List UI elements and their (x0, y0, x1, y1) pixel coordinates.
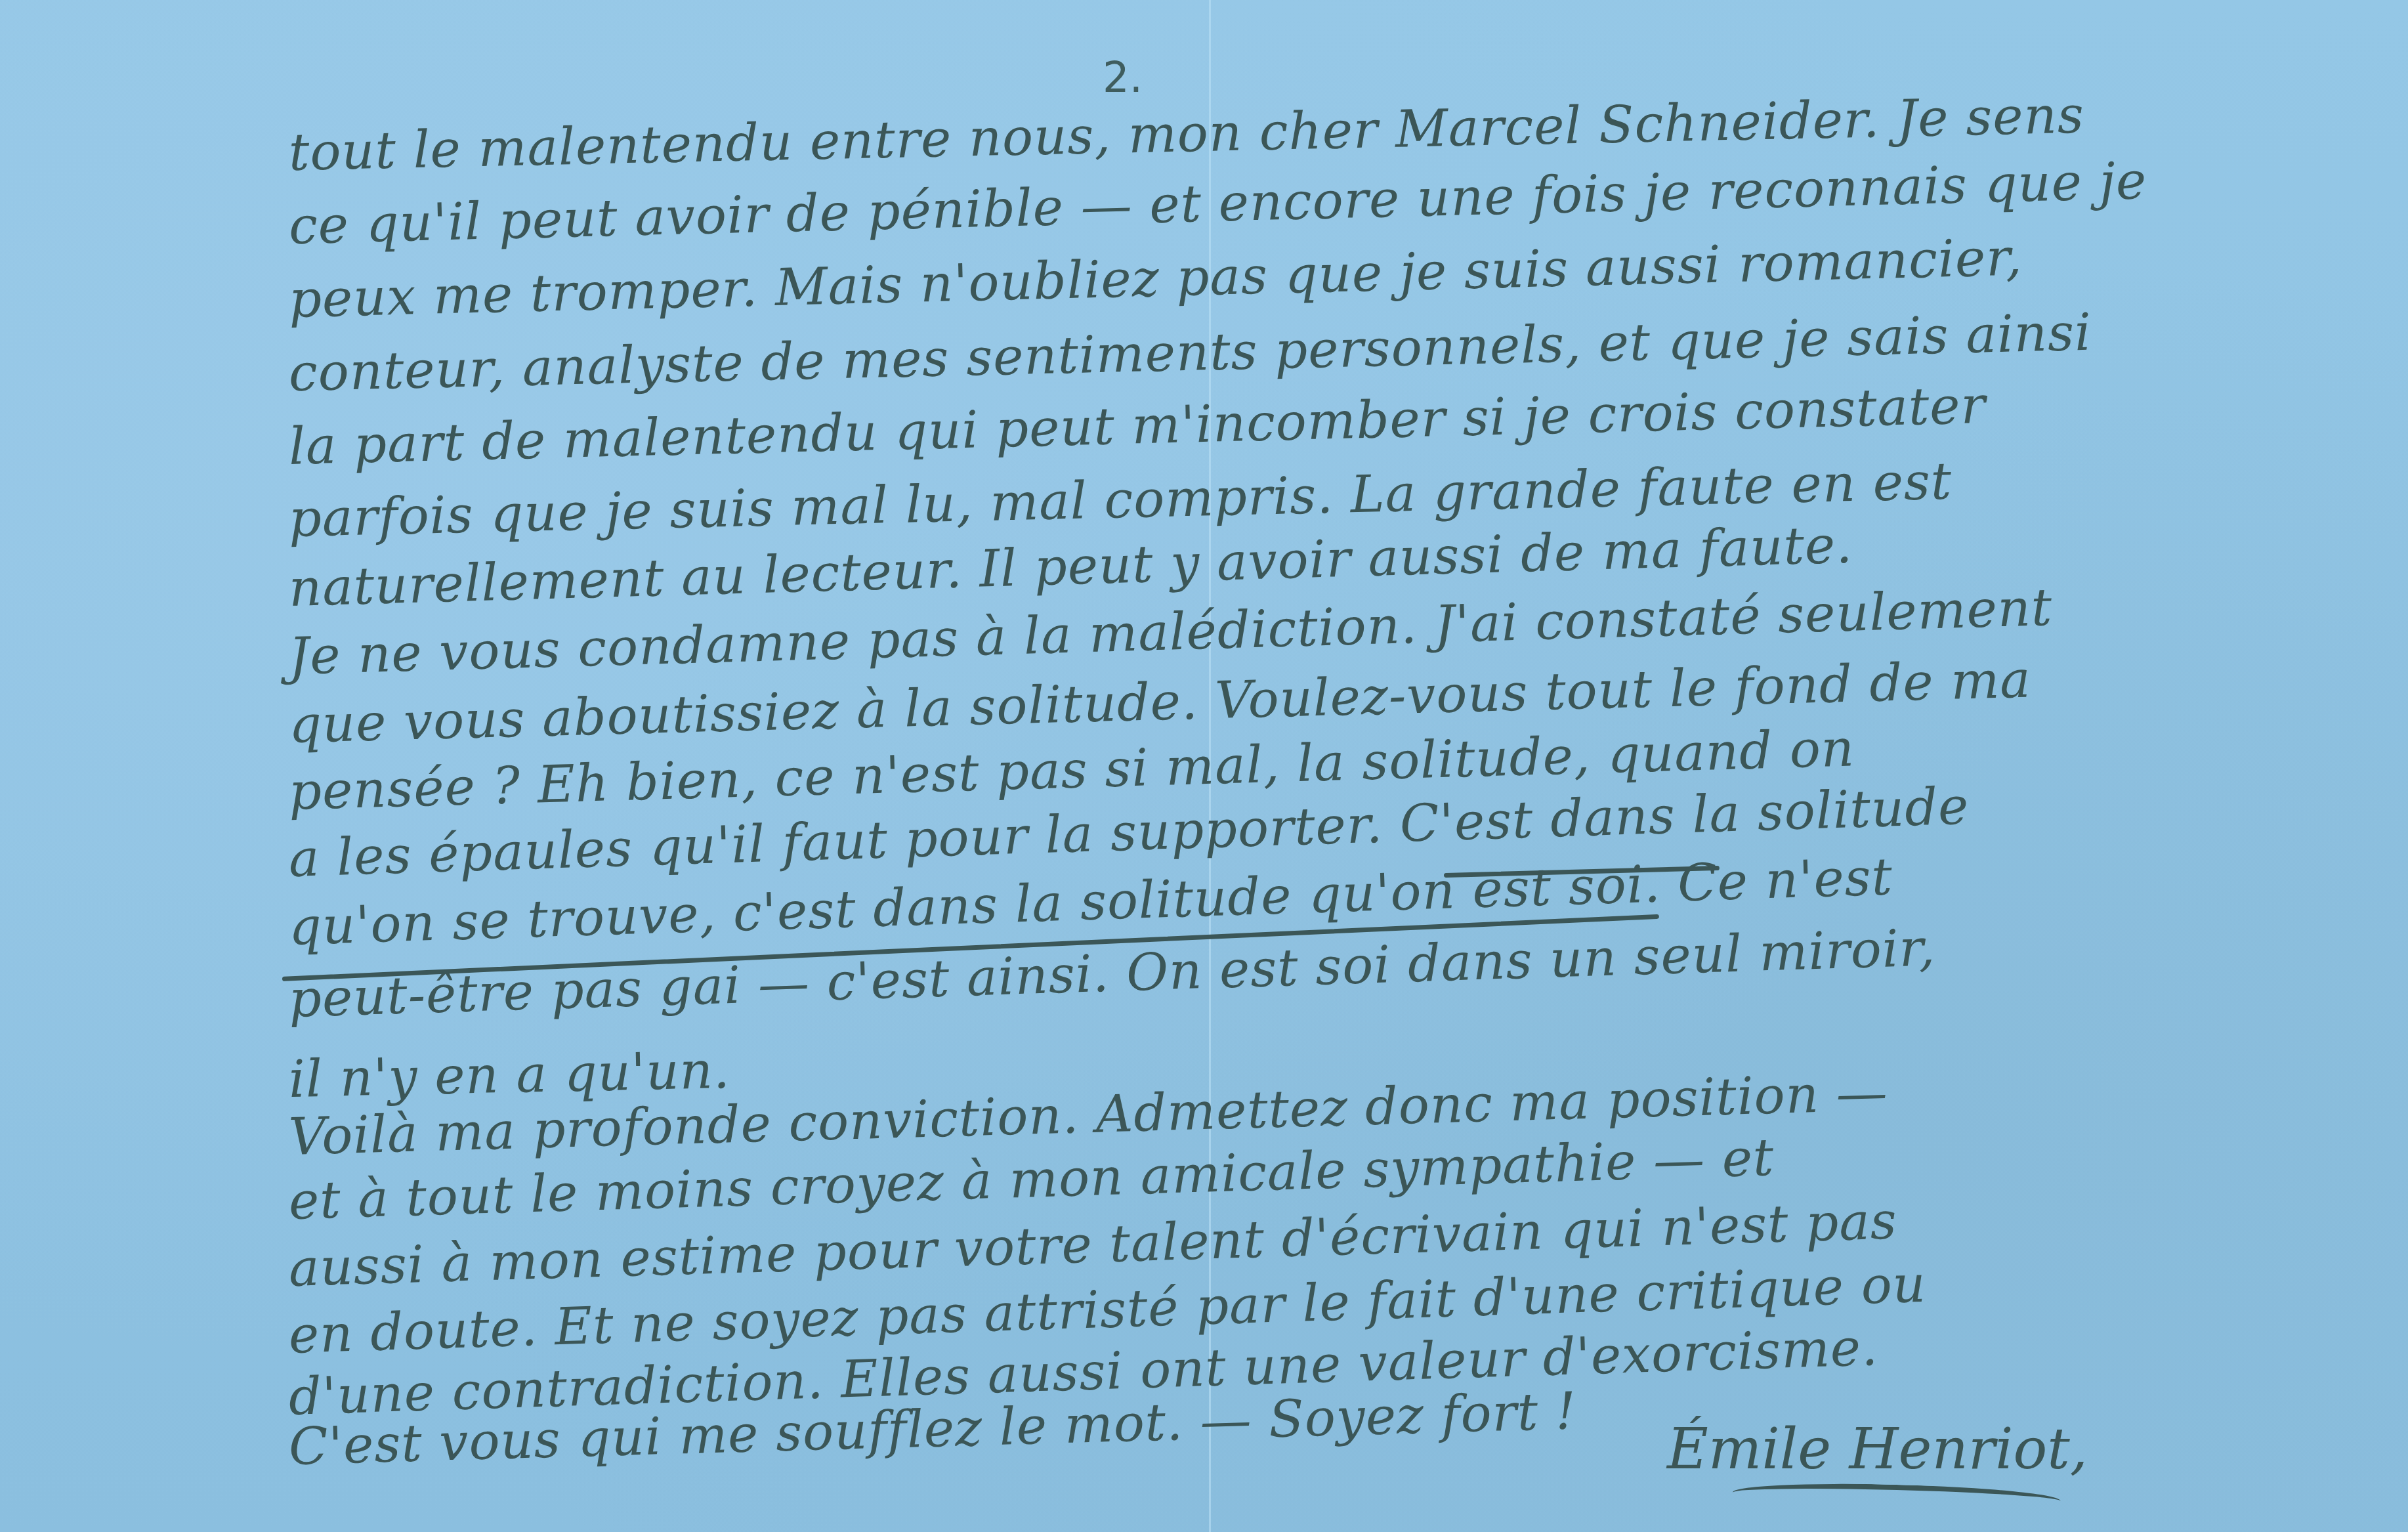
letter-body: tout le malentendu entre nous, mon cher … (0, 0, 2408, 1532)
signature: Émile Henriot, (1667, 1416, 2088, 1482)
signature-flourish (1733, 1480, 2061, 1503)
